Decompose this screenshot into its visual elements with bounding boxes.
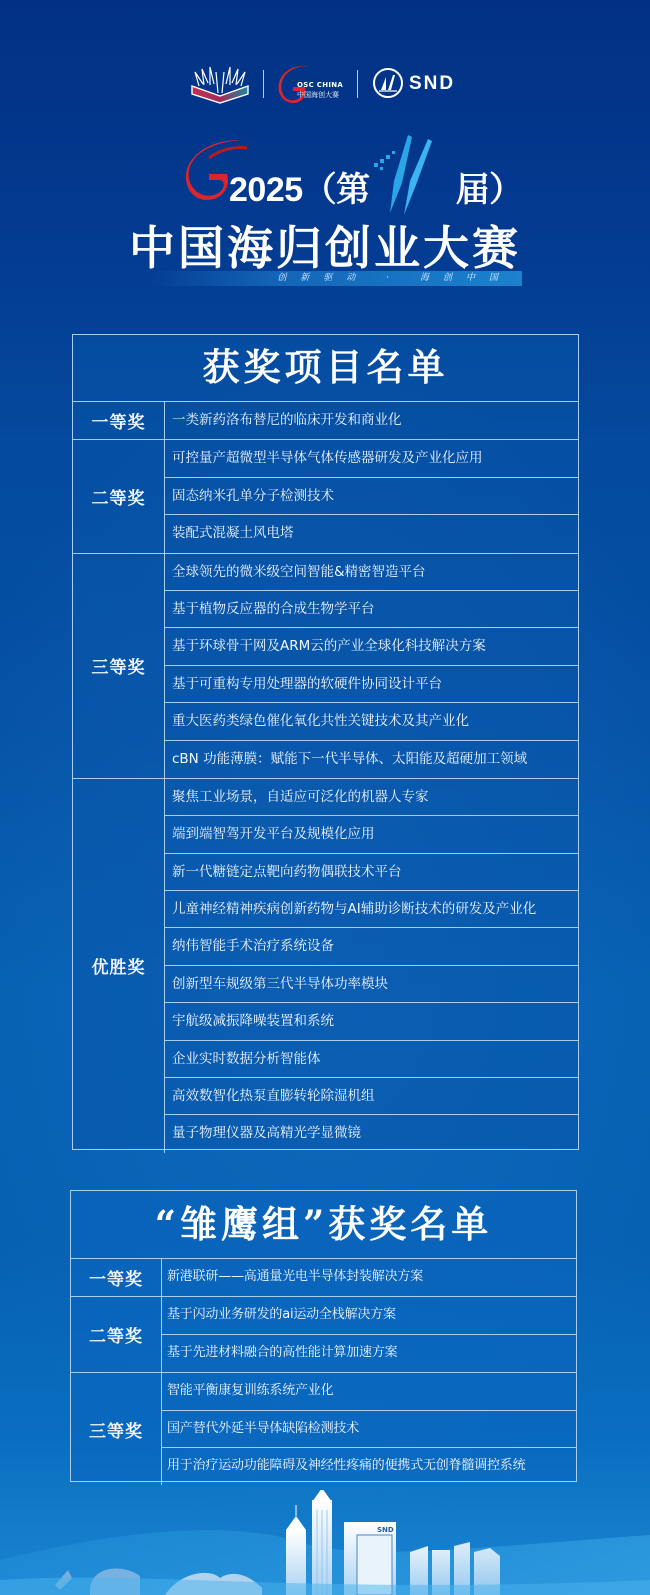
award-item: 基于可重构专用处理器的软硬件协同设计平台 <box>165 666 578 703</box>
award-item: 重大医药类绿色催化氧化共性关键技术及其产业化 <box>165 703 578 740</box>
award-item: 全球领先的微米级空间智能&精密智造平台 <box>165 554 578 591</box>
table-title: 获奖项目名单 <box>73 335 578 402</box>
slogan: 创新驱动 · 海创中国 <box>277 271 512 286</box>
event-title: 2025（第届） 中国海归创业大赛 创新驱动 · 海创中国 <box>0 130 650 300</box>
award-item: 智能平衡康复训练系统产业化 <box>162 1373 576 1410</box>
osc-china-logo: OSC CHINA 中国海创大赛 <box>277 64 343 104</box>
table-title: “雏鹰组”获奖名单 <box>71 1191 576 1259</box>
award-item: 聚焦工业场景，自适应可泛化的机器人专家 <box>165 779 578 816</box>
osc-china-cn: 中国海创大赛 <box>297 90 339 100</box>
award-item: 端到端智驾开发平台及规模化应用 <box>165 816 578 853</box>
grade-label: 一等奖 <box>73 402 165 439</box>
logo-bar: OSC CHINA 中国海创大赛 SND <box>0 62 650 108</box>
snd-logo-text: SND <box>409 73 455 95</box>
osc-china-en: OSC CHINA <box>297 81 343 89</box>
awards-table-eaglet: “雏鹰组”获奖名单 一等奖 新港联研——高通量光电半导体封装解决方案 二等奖 基… <box>70 1190 577 1482</box>
award-group-second: 二等奖 基于闪动业务研发的ai运动全栈解决方案 基于先进材料融合的高性能计算加速… <box>71 1297 576 1373</box>
logo-divider <box>357 70 358 98</box>
grade-label: 优胜奖 <box>73 779 165 1153</box>
award-item: 一类新药洛布替尼的临床开发和商业化 <box>165 402 578 439</box>
award-item: 高效数智化热泵直膨转轮除湿机组 <box>165 1078 578 1115</box>
award-group-third: 三等奖 智能平衡康复训练系统产业化 国产替代外延半导体缺陷检测技术 用于治疗运动… <box>71 1373 576 1485</box>
table-body: 一等奖 一类新药洛布替尼的临床开发和商业化 二等奖 可控量产超微型半导体气体传感… <box>73 402 578 1149</box>
award-item: 基于植物反应器的合成生物学平台 <box>165 591 578 628</box>
award-item: 基于先进材料融合的高性能计算加速方案 <box>162 1335 576 1372</box>
award-group-first: 一等奖 一类新药洛布替尼的临床开发和商业化 <box>73 402 578 440</box>
award-item: 企业实时数据分析智能体 <box>165 1041 578 1078</box>
award-item: 新港联研——高通量光电半导体封装解决方案 <box>162 1259 576 1296</box>
svg-text:SND: SND <box>377 1526 394 1534</box>
edition-eleven-icon <box>372 133 432 215</box>
award-item: 基于闪动业务研发的ai运动全栈解决方案 <box>162 1297 576 1334</box>
grade-label: 二等奖 <box>71 1297 162 1372</box>
awards-table-main: 获奖项目名单 一等奖 一类新药洛布替尼的临床开发和商业化 二等奖 可控量产超微型… <box>72 334 579 1150</box>
slogan-bar: 创新驱动 · 海创中国 <box>150 271 522 286</box>
grade-label: 三等奖 <box>73 554 165 778</box>
award-item: 用于治疗运动功能障碍及神经性疼痛的便携式无创脊髓调控系统 <box>162 1448 576 1485</box>
award-group-second: 二等奖 可控量产超微型半导体气体传感器研发及产业化应用 固态纳米孔单分子检测技术… <box>73 440 578 553</box>
award-group-third: 三等奖 全球领先的微米级空间智能&精密智造平台 基于植物反应器的合成生物学平台 … <box>73 554 578 779</box>
award-item: 可控量产超微型半导体气体传感器研发及产业化应用 <box>165 440 578 477</box>
title-main: 中国海归创业大赛 <box>0 212 650 278</box>
award-item: 儿童神经精神疾病创新药物与AI辅助诊断技术的研发及产业化 <box>165 891 578 928</box>
city-skyline-illustration: SND <box>0 1490 650 1595</box>
award-item: 创新型车规级第三代半导体功率模块 <box>165 966 578 1003</box>
book-logo-icon <box>189 66 251 104</box>
grade-label: 三等奖 <box>71 1373 162 1485</box>
table-body: 一等奖 新港联研——高通量光电半导体封装解决方案 二等奖 基于闪动业务研发的ai… <box>71 1259 576 1481</box>
award-group-first: 一等奖 新港联研——高通量光电半导体封装解决方案 <box>71 1259 576 1297</box>
snd-mark-icon <box>373 68 403 98</box>
award-item: 装配式混凝土风电塔 <box>165 515 578 552</box>
grade-label: 一等奖 <box>71 1259 162 1296</box>
award-item: 新一代糖链定点靶向药物偶联技术平台 <box>165 854 578 891</box>
award-item: 固态纳米孔单分子检测技术 <box>165 478 578 515</box>
grade-label: 二等奖 <box>73 440 165 552</box>
snd-logo: SND <box>373 68 473 102</box>
award-item: 基于环球骨干网及ARM云的产业全球化科技解决方案 <box>165 628 578 665</box>
award-group-excellence: 优胜奖 聚焦工业场景，自适应可泛化的机器人专家 端到端智驾开发平台及规模化应用 … <box>73 779 578 1153</box>
award-item: 量子物理仪器及高精光学显微镜 <box>165 1115 578 1152</box>
award-item: 纳伟智能手术治疗系统设备 <box>165 928 578 965</box>
award-item: 国产替代外延半导体缺陷检测技术 <box>162 1411 576 1448</box>
award-item: cBN 功能薄膜：赋能下一代半导体、太阳能及超硬加工领域 <box>165 741 578 778</box>
logo-divider <box>263 70 264 98</box>
award-item: 宇航级减振降噪装置和系统 <box>165 1003 578 1040</box>
